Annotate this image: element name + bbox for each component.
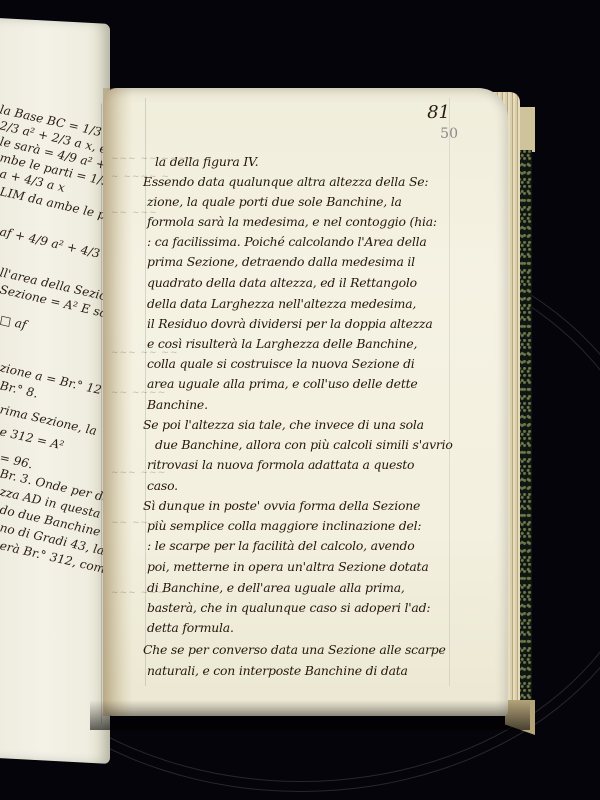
text-line: della data Larghezza nell'altezza medesi… <box>147 296 416 311</box>
left-line: □ af <box>0 313 27 331</box>
text-line: quadrato della data altezza, ed il Retta… <box>147 275 417 290</box>
text-line: naturali, e con interposte Banchine di d… <box>147 663 408 678</box>
text-line: : ca facilissima. Poiché calcolando l'Ar… <box>147 234 427 249</box>
text-line: caso. <box>147 478 178 493</box>
text-line: Che se per converso data una Sezione all… <box>143 642 446 657</box>
pencil-page-number: 50 <box>440 126 458 142</box>
text-line: : le scarpe per la facilità del calcolo,… <box>147 538 415 553</box>
text-line: prima Sezione, detraendo dalla medesima … <box>147 254 415 269</box>
left-page: la Base BC = 1/3 a + x 2/3 a² + 2/3 a x,… <box>0 16 110 764</box>
folio-number: 81 <box>427 102 450 123</box>
left-line: e 312 = A² <box>0 425 65 451</box>
text-line: poi, metterne in opera un'altra Sezione … <box>147 559 429 574</box>
text-line: ritrovasi la nuova formola adattata a qu… <box>147 457 414 472</box>
marbled-cover-edge <box>518 150 532 710</box>
text-line: detta formula. <box>147 620 234 635</box>
text-line: due Banchine, allora con più calcoli sim… <box>155 437 453 452</box>
text-line: il Residuo dovrà dividersi per la doppia… <box>147 316 433 331</box>
text-line: zione, la quale porti due sole Banchine,… <box>147 194 402 209</box>
text-line: più semplice colla maggiore inclinazione… <box>147 518 421 533</box>
page-bottom-shadow <box>90 700 530 730</box>
text-line: basterà, che in qualunque caso si adoper… <box>147 600 430 615</box>
left-page-text: la Base BC = 1/3 a + x 2/3 a² + 2/3 a x,… <box>0 103 108 109</box>
text-line: formola sarà la medesima, e nel contoggi… <box>147 214 437 229</box>
text-line: area uguale alla prima, e coll'uso delle… <box>147 376 418 391</box>
text-line: Essendo data qualunque altra altezza del… <box>143 174 428 189</box>
right-page: ~~~ ~~ ~~~~ ~ ~~~~ ~ ~~ ~~~ ~~~ ~~ ~~ ~~… <box>103 88 508 716</box>
manuscript-photo: la Base BC = 1/3 a + x 2/3 a² + 2/3 a x,… <box>0 0 600 800</box>
text-line: Sì dunque in poste' ovvia forma della Se… <box>143 498 420 513</box>
text-line: la della figura IV. <box>155 154 258 169</box>
gutter-shadow <box>103 88 133 716</box>
text-line: di Banchine, e dell'area uguale alla pri… <box>147 580 405 595</box>
text-line: e così risulterà la Larghezza delle Banc… <box>147 336 417 351</box>
margin-rule <box>449 98 450 686</box>
text-line: Banchine. <box>147 397 208 412</box>
text-line: colla quale si costruisce la nuova Sezio… <box>147 356 415 371</box>
left-line: Br.° 8. <box>0 379 39 399</box>
text-line: Se poi l'altezza sia tale, che invece di… <box>143 417 424 432</box>
